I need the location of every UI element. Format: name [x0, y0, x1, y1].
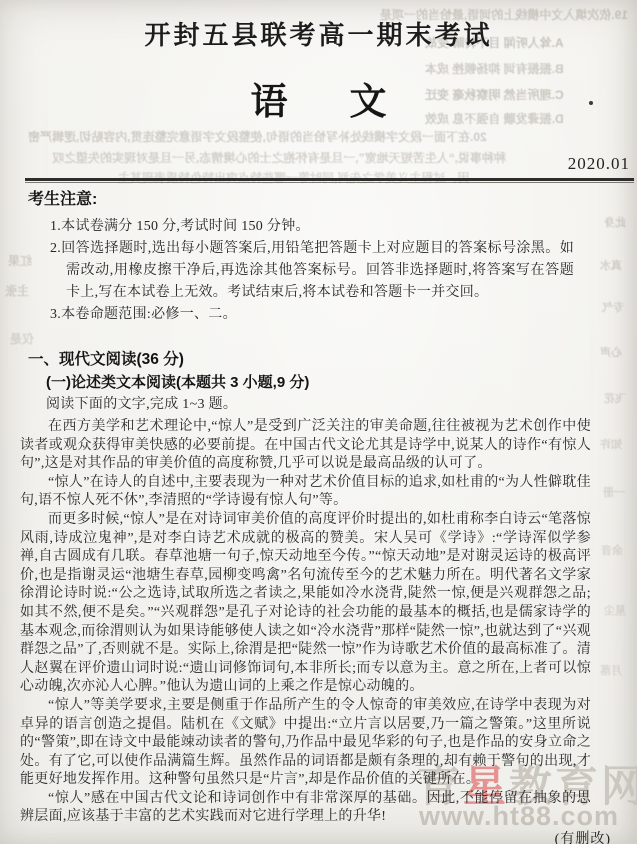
passage-source-note: (有删改) [0, 828, 611, 844]
notice-item: 3.本卷命题范围:必修一、二。 [50, 304, 574, 326]
subject-char-second: 文 [350, 82, 387, 122]
notice-list: 1.本试卷满分 150 分,考试时间 150 分钟。2.回答选择题时,选出每小题… [0, 216, 637, 326]
section-heading: 一、现代文阅读(36 分) [28, 349, 637, 370]
exam-date: 2020.01 [0, 154, 637, 174]
passage-paragraph: “惊人”感在中国古代文论和诗词创作中有非常深厚的基础。因此,不能停留在抽象的思辨… [20, 790, 591, 827]
section-subheading: (一)论述类文本阅读(本题共 3 小题,9 分) [46, 372, 637, 393]
notice-heading: 考生注意: [28, 189, 637, 211]
subject-char-first: 语 [251, 82, 288, 122]
passage-paragraph: “惊人”在诗人的自述中,主要表现为一种对艺术价值目标的追求,如杜甫的“为人性僻耽… [20, 474, 591, 511]
header-divider [25, 178, 634, 183]
passage-paragraph: “惊人”等美学要求,主要是侧重于作品所产生的令人惊奇的审美效应,在诗学中表现为对… [20, 697, 591, 790]
subject-title: 语 文 [0, 82, 637, 122]
passage: 在西方美学和艺术理论中,“惊人”是受到广泛关注的审美命题,往往被视为艺术创作中使… [20, 418, 591, 827]
exam-title: 开封五县联考高一期末考试 [0, 15, 637, 52]
notice-item: 2.回答选择题时,选出每小题答案后,用铅笔把答题卡上对应题目的答案标号涂黑。如需… [50, 238, 574, 304]
passage-paragraph: 而更多时候,“惊人”是在对诗词审美价值的高度评价时提出的,如杜甫称李白诗云“笔落… [20, 511, 591, 697]
scanned-exam-page: 19.依次填入文中横线上的词语,最恰当的一项是A.耸人听闻 目不转睛 变故B.振… [0, 0, 637, 844]
notice-item: 1.本试卷满分 150 分,考试时间 150 分钟。 [50, 216, 574, 238]
passage-paragraph: 在西方美学和艺术理论中,“惊人”是受到广泛关注的审美命题,往往被视为艺术创作中使… [20, 418, 591, 474]
section-instruction: 阅读下面的文字,完成 1~3 题。 [46, 395, 637, 415]
